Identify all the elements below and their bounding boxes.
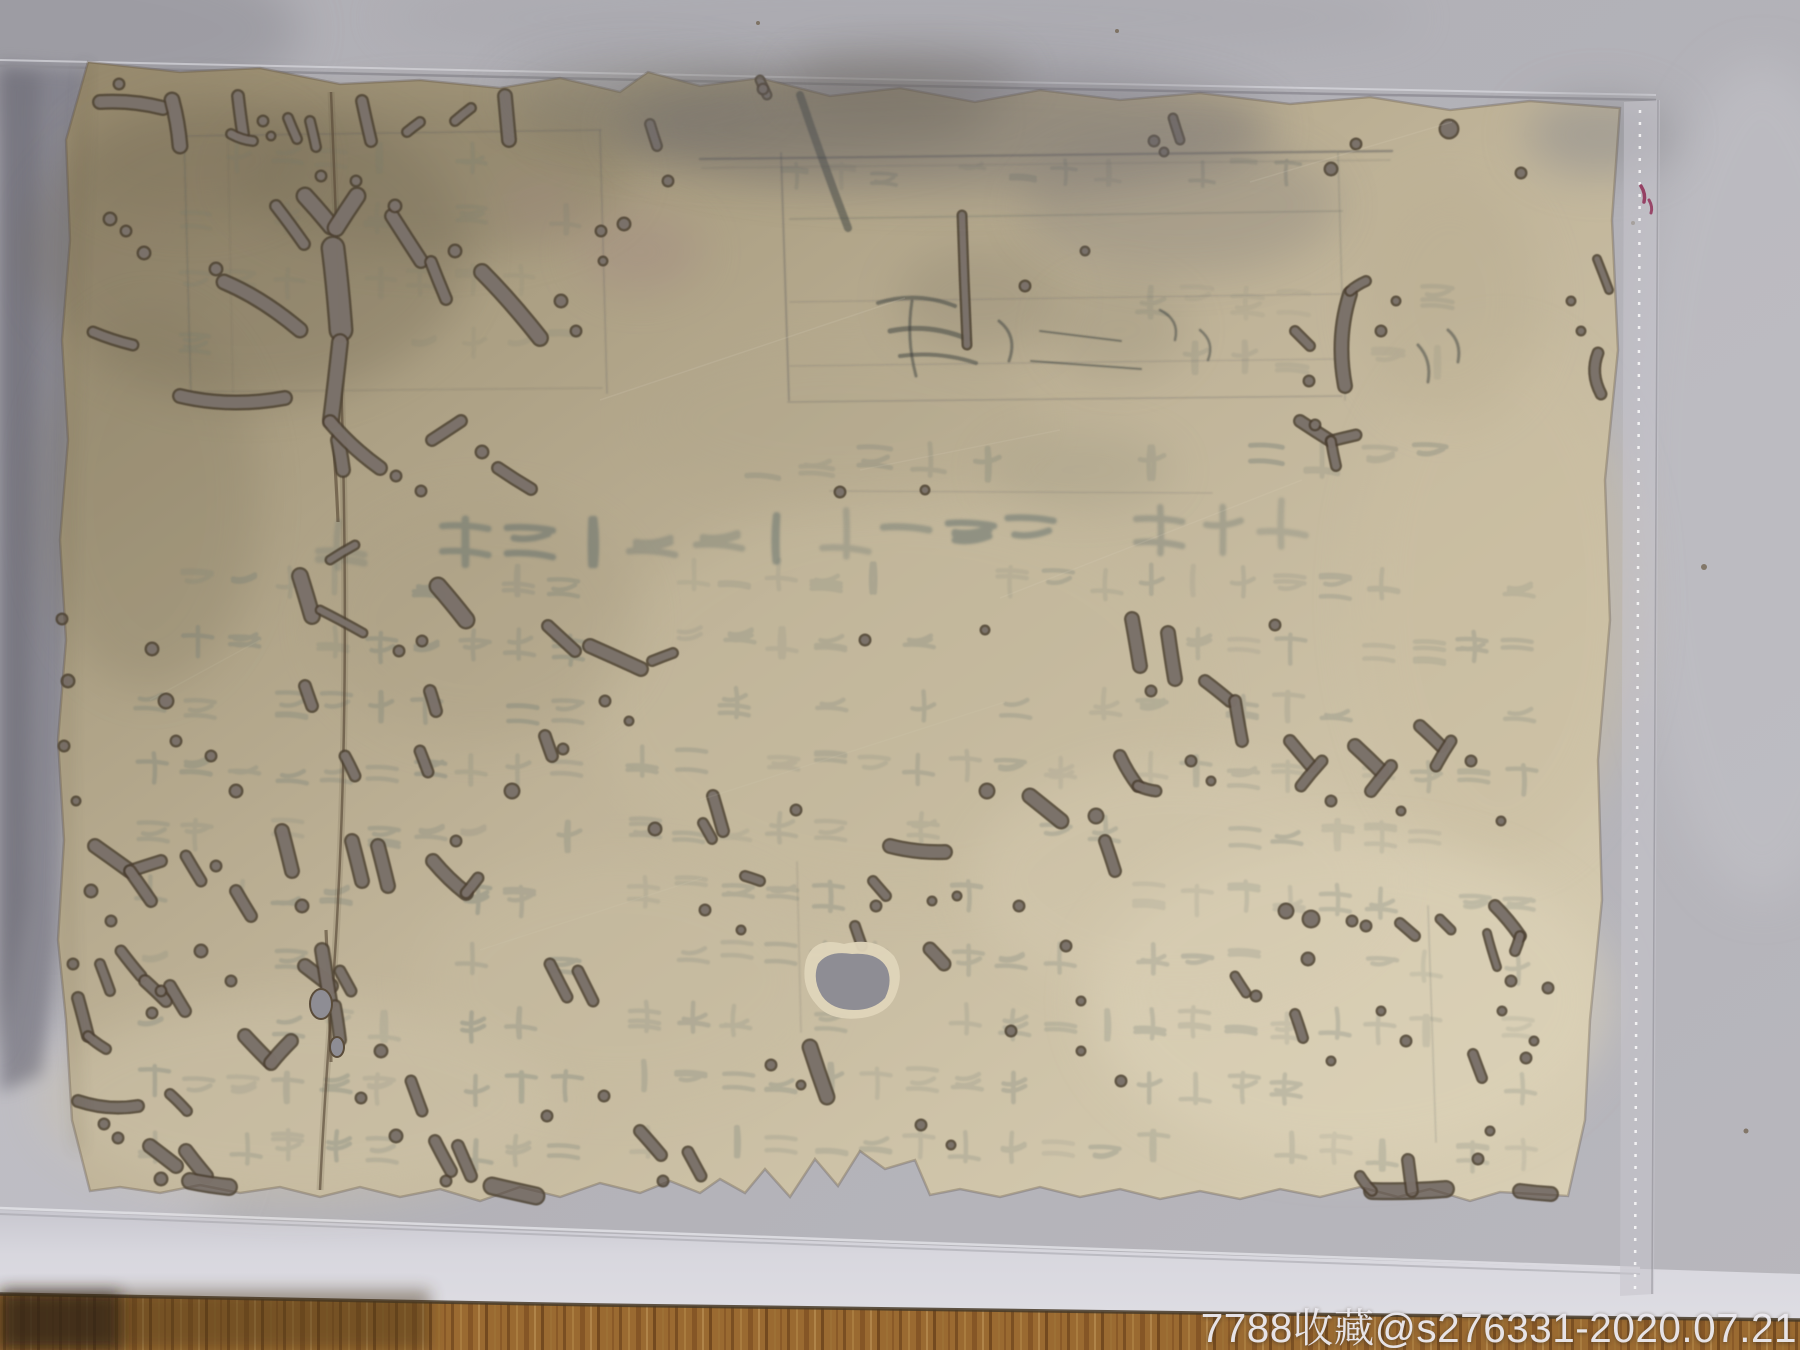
photo-of-document: 7788收藏@s276331-2020.07.21 bbox=[0, 0, 1800, 1350]
sleeve-right-sealed-edge bbox=[1620, 100, 1660, 1296]
document-paper bbox=[30, 50, 1675, 1201]
watermark: 7788收藏@s276331-2020.07.21 bbox=[1201, 1305, 1797, 1350]
photo-canvas: 7788收藏@s276331-2020.07.21 bbox=[0, 0, 1800, 1350]
